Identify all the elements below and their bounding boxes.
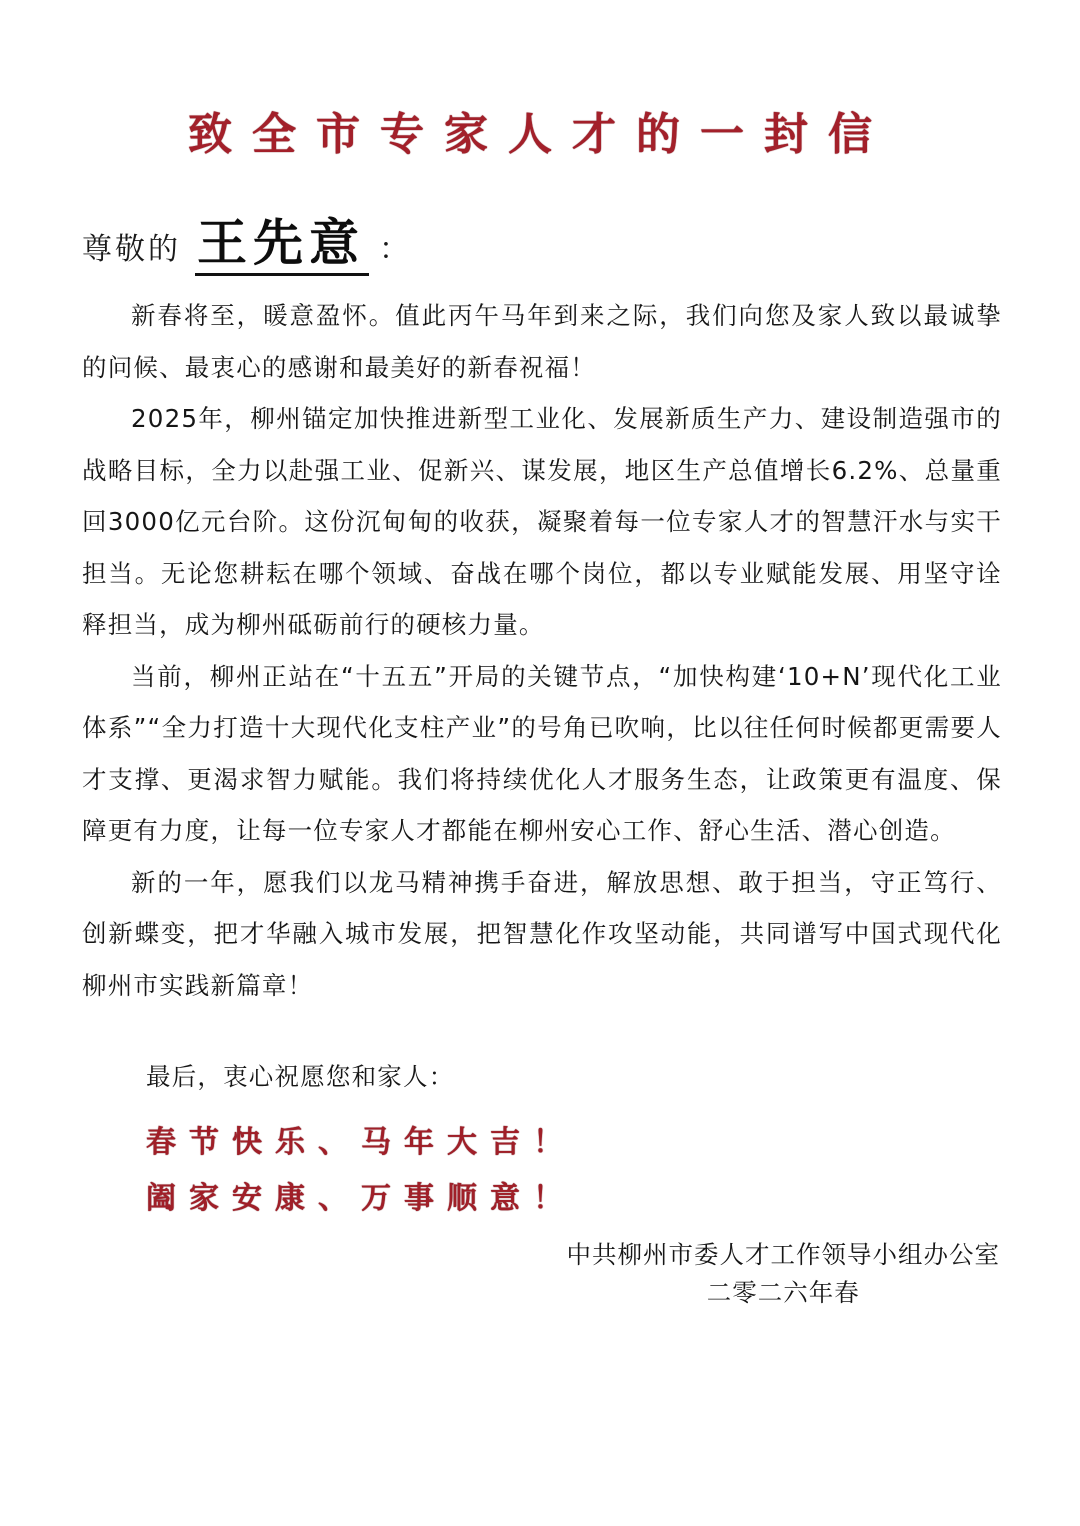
new-year-wishes: 春节快乐、马年大吉！ 阖家安康、万事顺意！ [146,1115,576,1227]
paragraph-achievements: 2025年，柳州锚定加快推进新型工业化、发展新质生产力、建设制造强市的战略目标，… [82,393,1002,651]
signature-date: 二零二六年春 [567,1274,1001,1312]
wish-line-2: 阖家安康、万事顺意！ [146,1171,576,1227]
paragraph-current-goals: 当前，柳州正站在“十五五”开局的关键节点，“加快构建‘10+N’现代化工业体系”… [82,651,1002,857]
letter-page: 致全市专家人才的一封信 尊敬的 王先意 ： 新春将至，暖意盈怀。值此丙午马年到来… [0,0,1080,1526]
closing-line: 最后，衷心祝愿您和家人： [146,1054,454,1100]
wish-line-1: 春节快乐、马年大吉！ [146,1115,576,1171]
salutation: 尊敬的 王先意 ： [82,212,409,276]
paragraph-greeting: 新春将至，暖意盈怀。值此丙午马年到来之际，我们向您及家人致以最诚挚的问候、最衷心… [82,290,1002,393]
salutation-prefix: 尊敬的 [82,230,181,276]
letter-body: 新春将至，暖意盈怀。值此丙午马年到来之际，我们向您及家人致以最诚挚的问候、最衷心… [82,290,1002,1011]
recipient-name: 王先意 [195,215,369,276]
salutation-colon: ： [379,230,409,276]
paragraph-new-year: 新的一年，愿我们以龙马精神携手奋进，解放思想、敢于担当，守正笃行、创新蝶变，把才… [82,857,1002,1012]
signature-block: 中共柳州市委人才工作领导小组办公室 二零二六年春 [567,1236,1001,1312]
signature-organization: 中共柳州市委人才工作领导小组办公室 [567,1236,1001,1274]
letter-title: 致全市专家人才的一封信 [0,100,1080,170]
